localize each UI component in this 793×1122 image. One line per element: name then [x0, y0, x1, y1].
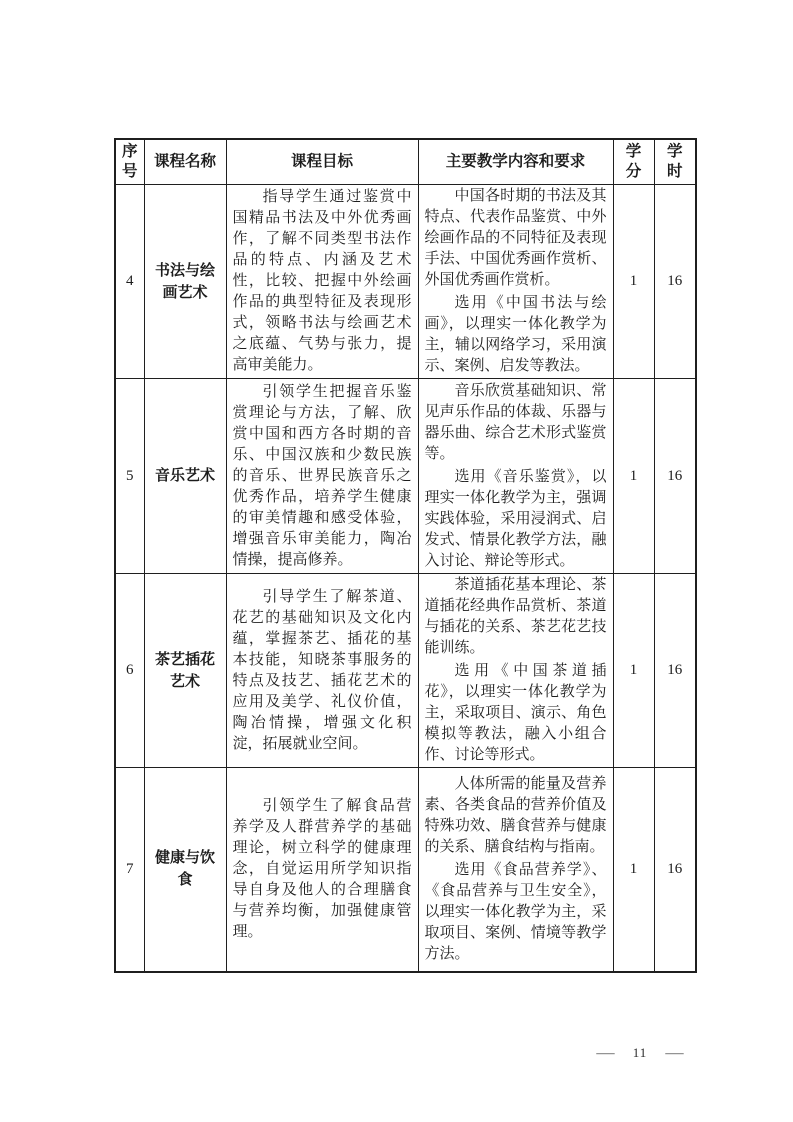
page-footer: — 11 — — [599, 1045, 681, 1061]
course-content: 中国各时期的书法及其特点、代表作品鉴赏、中外绘画作品的不同特征及表现手法、中国优… — [418, 185, 613, 379]
course-objective: 引领学生了解食品营养学及人群营养学的基础理论，树立科学的健康理念，自觉运用所学知… — [226, 768, 418, 972]
table-row-course-6: 6 茶艺插花艺术 引导学生了解茶道、花艺的基础知识及文化内蕴，掌握茶艺、插花的基… — [115, 574, 696, 768]
content-paragraph: 音乐欣赏基础知识、常见声乐作品的体裁、乐器与器乐曲、综合艺术形式鉴赏等。 — [425, 381, 607, 465]
column-header-no: 序号 — [115, 139, 144, 185]
content-paragraph: 选用《音乐鉴赏》，以理实一体化教学为主，强调实践体验，采用浸润式、启发式、情景化… — [425, 467, 607, 572]
course-no: 6 — [115, 574, 144, 768]
content-paragraph: 人体所需的能量及营养素、各类食品的营养价值及特殊功效、膳食营养与健康的关系、膳食… — [425, 774, 607, 858]
content-paragraph: 选用《中国书法与绘画》，以理实一体化教学为主，辅以网络学习，采用演示、案例、启发… — [425, 293, 607, 377]
course-content: 人体所需的能量及营养素、各类食品的营养价值及特殊功效、膳食营养与健康的关系、膳食… — [418, 768, 613, 972]
course-no: 4 — [115, 185, 144, 379]
column-header-course-name-label: 课程名称 — [154, 153, 216, 170]
course-name: 健康与饮食 — [144, 768, 226, 972]
column-header-no-label: 序号 — [122, 142, 138, 182]
header-row: 序号 课程名称 课程目标 主要教学内容和要求 学分 学时 — [115, 139, 696, 185]
course-hours: 16 — [654, 379, 696, 574]
course-name: 音乐艺术 — [144, 379, 226, 574]
course-content: 音乐欣赏基础知识、常见声乐作品的体裁、乐器与器乐曲、综合艺术形式鉴赏等。 选用《… — [418, 379, 613, 574]
column-header-hours-label: 学时 — [667, 142, 683, 182]
objective-paragraph: 指导学生通过鉴赏中国精品书法及中外优秀画作，了解不同类型书法作品的特点、内涵及艺… — [233, 187, 412, 376]
column-header-credits-label: 学分 — [625, 142, 641, 182]
course-name: 书法与绘画艺术 — [144, 185, 226, 379]
page-number: 11 — [633, 1045, 648, 1061]
course-hours: 16 — [654, 574, 696, 768]
table-row-course-7: 7 健康与饮食 引领学生了解食品营养学及人群营养学的基础理论，树立科学的健康理念… — [115, 768, 696, 972]
footer-left-dash: — — [596, 1045, 614, 1061]
course-content: 茶道插花基本理论、茶道插花经典作品赏析、茶道与插花的关系、茶艺花艺技能训练。 选… — [418, 574, 613, 768]
course-objective: 引导学生了解茶道、花艺的基础知识及文化内蕴，掌握茶艺、插花的基本技能，知晓茶事服… — [226, 574, 418, 768]
column-header-hours: 学时 — [654, 139, 696, 185]
course-no: 5 — [115, 379, 144, 574]
content-paragraph: 茶道插花基本理论、茶道插花经典作品赏析、茶道与插花的关系、茶艺花艺技能训练。 — [425, 575, 607, 659]
column-header-content: 主要教学内容和要求 — [418, 139, 613, 185]
content-paragraph: 选用《食品营养学》、《食品营养与卫生安全》，以理实一体化教学为主，采取项目、案例… — [425, 860, 607, 965]
content-paragraph: 中国各时期的书法及其特点、代表作品鉴赏、中外绘画作品的不同特征及表现手法、中国优… — [425, 186, 607, 291]
course-hours: 16 — [654, 768, 696, 972]
content-paragraph: 选用《中国茶道插花》，以理实一体化教学为主，采取项目、演示、角色模拟等教法，融入… — [425, 661, 607, 766]
column-header-course-name: 课程名称 — [144, 139, 226, 185]
course-name: 茶艺插花艺术 — [144, 574, 226, 768]
course-credits: 1 — [613, 379, 654, 574]
objective-paragraph: 引导学生了解茶道、花艺的基础知识及文化内蕴，掌握茶艺、插花的基本技能，知晓茶事服… — [233, 587, 412, 755]
course-credits: 1 — [613, 574, 654, 768]
course-credits: 1 — [613, 768, 654, 972]
course-objective: 指导学生通过鉴赏中国精品书法及中外优秀画作，了解不同类型书法作品的特点、内涵及艺… — [226, 185, 418, 379]
column-header-credits: 学分 — [613, 139, 654, 185]
table-row-course-5: 5 音乐艺术 引领学生把握音乐鉴赏理论与方法，了解、欣赏中国和西方各时期的音乐、… — [115, 379, 696, 574]
objective-paragraph: 引领学生了解食品营养学及人群营养学的基础理论，树立科学的健康理念，自觉运用所学知… — [233, 796, 412, 943]
footer-right-dash: — — [665, 1045, 683, 1061]
column-header-content-label: 主要教学内容和要求 — [446, 153, 586, 170]
table-row-course-4: 4 书法与绘画艺术 指导学生通过鉴赏中国精品书法及中外优秀画作，了解不同类型书法… — [115, 185, 696, 379]
course-table: 序号 课程名称 课程目标 主要教学内容和要求 学分 学时 4 书法与绘画艺术 指… — [114, 138, 697, 973]
objective-paragraph: 引领学生把握音乐鉴赏理论与方法，了解、欣赏中国和西方各时期的音乐、中国汉族和少数… — [233, 382, 412, 571]
column-header-objective: 课程目标 — [226, 139, 418, 185]
column-header-objective-label: 课程目标 — [291, 153, 353, 170]
course-hours: 16 — [654, 185, 696, 379]
course-no: 7 — [115, 768, 144, 972]
document-page: 序号 课程名称 课程目标 主要教学内容和要求 学分 学时 4 书法与绘画艺术 指… — [0, 0, 793, 1122]
course-objective: 引领学生把握音乐鉴赏理论与方法，了解、欣赏中国和西方各时期的音乐、中国汉族和少数… — [226, 379, 418, 574]
course-credits: 1 — [613, 185, 654, 379]
